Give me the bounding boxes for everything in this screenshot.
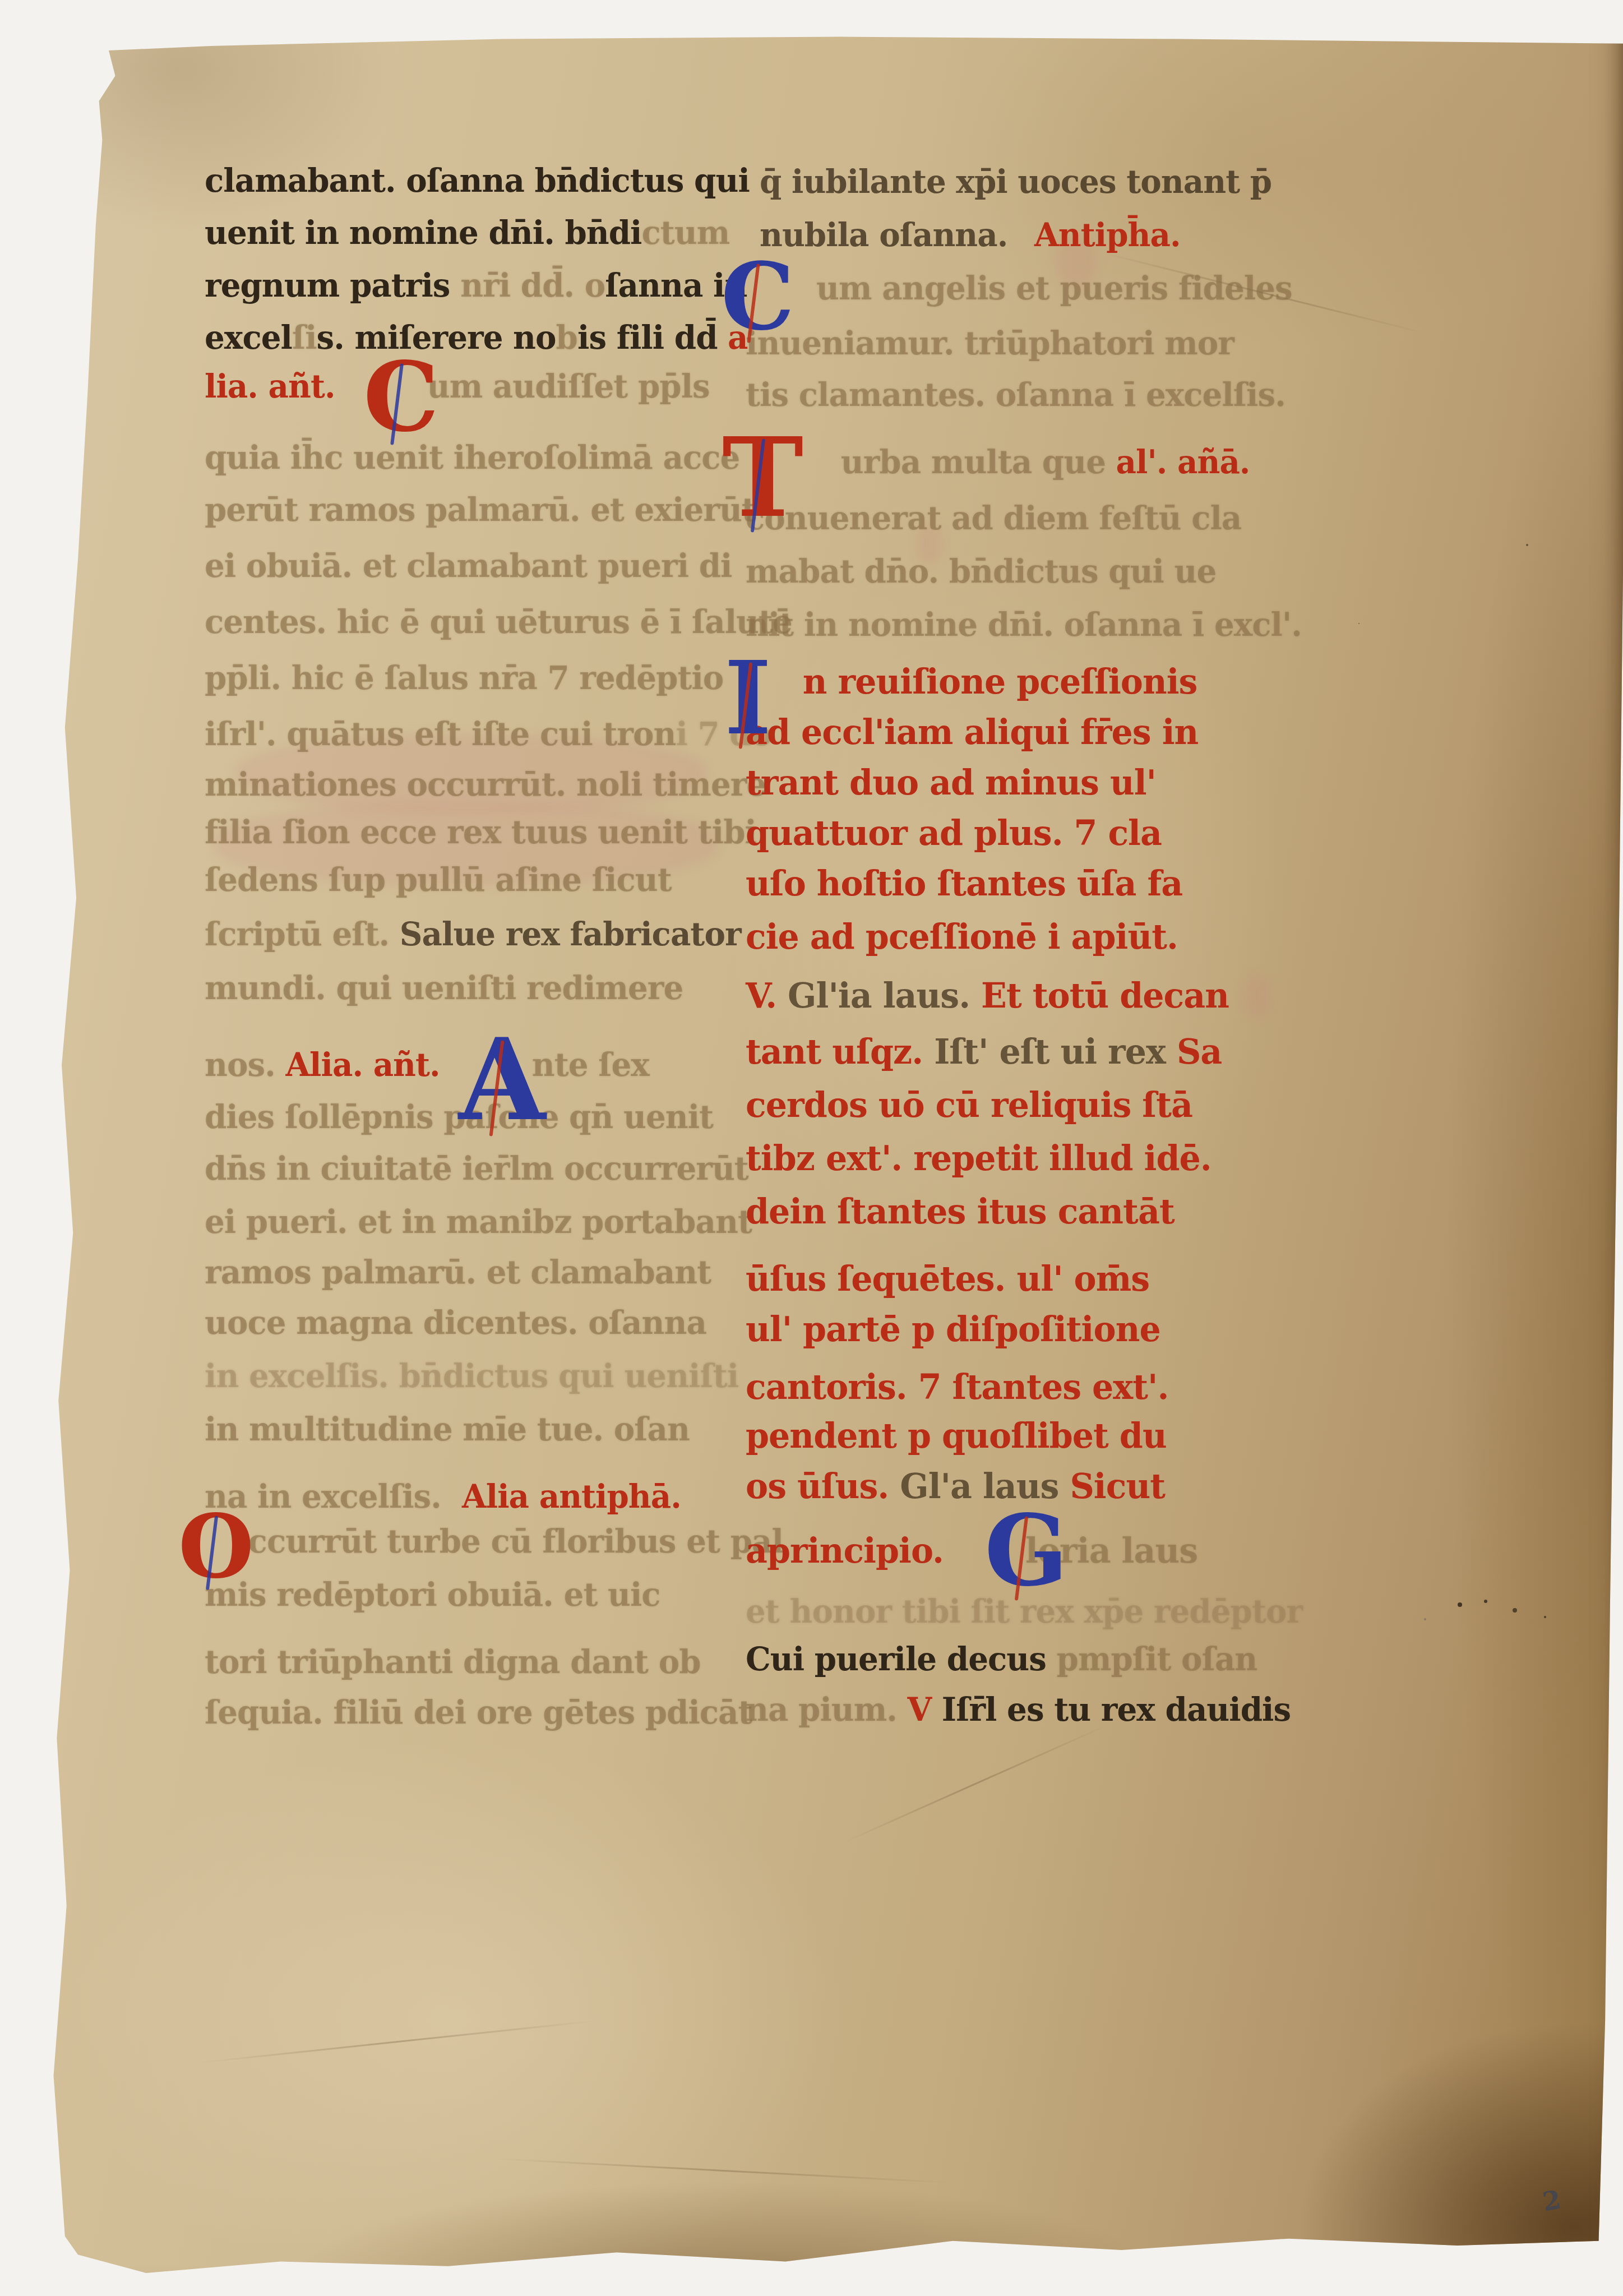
- text-segment: filia ſion ecce rex tuus uenit tibi: [205, 813, 756, 851]
- text-line-right: tis clamantes. oſanna ī excelſis.: [746, 378, 1286, 411]
- text-segment: Alia. añt.: [285, 1046, 450, 1084]
- text-segment: Et totū decan: [981, 975, 1229, 1016]
- text-segment: Antiph̄a.: [1034, 216, 1180, 254]
- text-line-left: in excelſis. bn̄dictus qui ueniſti: [205, 1360, 738, 1392]
- text-line-right: q̄ iubilante xp̄i uoces tonant p̄: [760, 165, 1271, 198]
- text-line-left: mis redēptori obuiā. et uic: [205, 1578, 660, 1611]
- text-segment: Cui puerile decus: [746, 1640, 1057, 1678]
- text-line-left: ei pueri. et in manibz portabant: [205, 1205, 752, 1238]
- text-segment: uenit in nomine dn̄i. bn̄di: [205, 214, 642, 252]
- text-segment: iſrl'. quātus eſt iſte cui tron: [205, 715, 676, 753]
- text-segment: regnum patris: [205, 266, 460, 304]
- text-line-right: Cui puerile decus pmpſit oſan: [746, 1643, 1257, 1675]
- parchment-crease: [493, 2158, 952, 2184]
- text-line-left: ſequia. filiū dei ore gētes pdicāt: [205, 1696, 752, 1729]
- text-segment: in excelſis. bn̄dictus qui ueniſti: [205, 1357, 738, 1395]
- text-segment: tori triūphanti digna dant ob: [205, 1643, 701, 1681]
- text-segment: minationes occurrūt. noli timere: [205, 765, 766, 803]
- text-segment: tant uſqz.: [746, 1031, 934, 1072]
- text-line-right: cantoris. 7 ſtantes ext'.: [746, 1370, 1168, 1405]
- text-line-right: dein ſtantes itus cantāt: [746, 1194, 1175, 1229]
- text-segment: clamabant. oſanna bn̄dictus qui: [205, 161, 750, 200]
- text-segment: q̄ iubilante xp̄i uoces tonant p̄: [760, 163, 1271, 201]
- text-segment: dn̄s in ciuitatē ier̄lm occurrerūt: [205, 1149, 748, 1188]
- text-segment: b: [556, 318, 577, 357]
- text-line-right: urba multa que al'. añā.: [746, 446, 1250, 478]
- text-segment: nos.: [205, 1046, 285, 1084]
- text-line-left: tori triūphanti digna dant ob: [205, 1646, 701, 1678]
- text-line-right: mabat dn̄o. bn̄dictus qui ue: [746, 555, 1216, 588]
- text-line-right: inueniamur. triūphatori mor: [746, 327, 1234, 359]
- initial-I-in-reuisione: I: [724, 657, 771, 740]
- scanner-background: 2 clamabant. oſanna bn̄dictus quiuenit i…: [0, 0, 1623, 2296]
- text-segment: ſi: [292, 318, 317, 357]
- text-segment: lia. añt.: [205, 367, 345, 405]
- ink-specks: [1458, 1602, 1462, 1607]
- text-segment: um angelis et pueris fideles: [816, 269, 1292, 307]
- text-segment: pmpſit oſan: [1057, 1640, 1257, 1678]
- text-segment: urba multa que: [841, 443, 1116, 481]
- text-line-left: uoce magna dicentes. oſanna: [205, 1306, 706, 1339]
- text-line-left: quia ih̄c uenit iheroſolimā acce: [205, 441, 739, 474]
- text-line-right: pendent p quoſlibet du: [746, 1419, 1167, 1453]
- text-line-left: in multitudine mīe tue. oſan: [205, 1413, 690, 1445]
- text-segment: aprincipio.: [746, 1530, 955, 1571]
- text-segment: ūſus ſequētes. ul' om̄s: [746, 1258, 1149, 1299]
- text-segment: in multitudine mīe tue. oſan: [205, 1410, 690, 1448]
- text-line-left: na in excelſis. Alia antiphā.: [205, 1480, 681, 1513]
- text-segment: V: [908, 1690, 942, 1729]
- text-segment: excel: [205, 318, 292, 357]
- text-segment: ſedens ſup pullū aſine ſicut: [205, 861, 672, 899]
- text-line-right: tant uſqz. Iſt' eſt ui rex Sa: [746, 1034, 1222, 1069]
- initial-O-occurrunt: O: [178, 1511, 254, 1582]
- text-segment: pendent p quoſlibet du: [746, 1415, 1167, 1456]
- parchment-crease: [842, 1724, 1109, 1844]
- text-segment: quia ih̄c uenit iheroſolimā acce: [205, 438, 739, 477]
- text-segment: ad eccl'iam aliqui fr̄es in: [746, 712, 1198, 752]
- text-segment: Sicut: [1070, 1466, 1165, 1507]
- initial-C-cum-audisset: C: [363, 359, 439, 437]
- text-line-right: aprincipio. loria laus: [746, 1533, 1197, 1568]
- text-line-left: ccurrūt turbe cū floribus et pal: [205, 1525, 783, 1558]
- parchment-crease: [197, 2020, 599, 2063]
- text-segment: is fili dd̄: [577, 318, 728, 357]
- text-line-right: cie ad pceſſionē i apiūt.: [746, 920, 1178, 954]
- text-line-left: nos. Alia. añt. nte ſex: [205, 1048, 649, 1081]
- text-line-left: perūt ramos palmarū. et exierūt: [205, 493, 756, 526]
- text-segment: ramos palmarū. et clamabant: [205, 1253, 711, 1291]
- text-segment: um audiſſet pp̄ls: [427, 367, 710, 405]
- text-segment: ei obuiā. et clamabant pueri di: [205, 547, 732, 585]
- text-line-right: na pium. V Iſr̄l es tu rex dauidis: [746, 1693, 1291, 1726]
- verso-showthrough: [1245, 976, 1270, 1018]
- text-line-right: ul' partē p diſpoſitione: [746, 1312, 1160, 1347]
- text-segment: conuenerat ad diem feſtū cla: [746, 499, 1241, 537]
- text-segment: ccurrūt turbe cū floribus et pal: [248, 1522, 783, 1560]
- text-line-left: lia. añt. um audiſſet pp̄ls: [205, 370, 710, 403]
- text-segment: nr̄i dd̄. o: [460, 266, 605, 304]
- initial-C-cum-angelis: C: [721, 259, 794, 335]
- text-line-left: mundi. qui ueniſti redimere: [205, 972, 683, 1004]
- text-line-right: nubila oſanna. Antiph̄a.: [760, 219, 1181, 251]
- text-line-right: n reuiſione pceſſionis: [746, 664, 1197, 699]
- text-line-left: dn̄s in ciuitatē ier̄lm occurrerūt: [205, 1152, 748, 1185]
- text-segment: uoce magna dicentes. oſanna: [205, 1304, 706, 1342]
- text-segment: Iſt' eſt ui rex: [934, 1031, 1177, 1072]
- text-segment: Sa: [1177, 1031, 1222, 1072]
- text-line-left: uenit in nomine dn̄i. bn̄dictum: [205, 216, 729, 249]
- text-segment: mabat dn̄o. bn̄dictus qui ue: [746, 552, 1216, 590]
- initial-T-turba: T: [722, 433, 803, 523]
- text-segment: cantoris. 7 ſtantes ext'.: [746, 1366, 1168, 1407]
- text-segment: quattuor ad plus. 7 cla: [746, 812, 1162, 853]
- text-segment: os ūſus.: [746, 1466, 900, 1507]
- initial-A-ante-sex: A: [459, 1034, 545, 1126]
- text-segment: ei pueri. et in manibz portabant: [205, 1203, 752, 1241]
- text-segment: Salue rex fabricator: [400, 915, 741, 953]
- text-segment: nte ſex: [532, 1046, 649, 1084]
- text-line-left: filia ſion ecce rex tuus uenit tibi: [205, 816, 756, 848]
- text-segment: n reuiſione pceſſionis: [803, 661, 1197, 702]
- text-line-right: quattuor ad plus. 7 cla: [746, 816, 1162, 851]
- text-segment: Gl'ia laus.: [788, 975, 981, 1016]
- text-segment: ſcriptū eſt.: [205, 915, 400, 953]
- text-line-right: ūſus ſequētes. ul' om̄s: [746, 1262, 1149, 1296]
- text-line-right: os ūſus. Gl'a laus Sicut: [746, 1469, 1165, 1504]
- text-line-left: ſedens ſup pullū aſine ſicut: [205, 863, 672, 896]
- text-line-right: cerdos uō cū reliquis ſtā: [746, 1088, 1192, 1122]
- text-segment: pp̄li. hic ē ſalus nr̄a 7 redēptio: [205, 659, 723, 697]
- text-line-left: clamabant. oſanna bn̄dictus qui: [205, 164, 750, 197]
- text-segment: tibz ext'. repetit illud idē.: [746, 1138, 1212, 1179]
- text-segment: ul' partē p diſpoſitione: [746, 1309, 1160, 1350]
- text-segment: na pium.: [746, 1690, 908, 1729]
- text-segment: mundi. qui ueniſti redimere: [205, 969, 683, 1007]
- parchment-leaf: 2 clamabant. oſanna bn̄dictus quiuenit i…: [0, 0, 1623, 2296]
- text-line-right: trant duo ad minus ul': [746, 765, 1156, 800]
- text-line-right: um angelis et pueris fideles: [746, 272, 1292, 304]
- text-segment: al'. añā.: [1116, 443, 1250, 481]
- text-segment: inueniamur. triūphatori mor: [746, 324, 1234, 362]
- folio-number: 2: [1541, 2184, 1564, 2218]
- text-line-right: nit in nomine dn̄i. oſanna ī excl'.: [746, 608, 1302, 641]
- text-line-right: tibz ext'. repetit illud idē.: [746, 1141, 1212, 1176]
- text-line-right: conuenerat ad diem feſtū cla: [746, 502, 1241, 534]
- text-line-left: ſcriptū eſt. Salue rex fabricator: [205, 918, 741, 950]
- text-segment: uſo hoſtio ſtantes ūſa fa: [746, 863, 1182, 904]
- text-segment: tis clamantes. oſanna ī excelſis.: [746, 376, 1286, 414]
- text-segment: perūt ramos palmarū. et exierūt: [205, 491, 756, 529]
- text-segment: V.: [746, 975, 788, 1016]
- text-segment: ſequia. filiū dei ore gētes pdicāt: [205, 1693, 752, 1731]
- text-segment: nit in nomine dn̄i. oſanna ī excl'.: [746, 606, 1302, 644]
- text-segment: Iſr̄l es tu rex dauidis: [942, 1690, 1291, 1729]
- text-line-left: pp̄li. hic ē ſalus nr̄a 7 redēptio: [205, 662, 723, 694]
- text-line-right: V. Gl'ia laus. Et totū decan: [746, 978, 1229, 1013]
- text-line-right: ad eccl'iam aliqui fr̄es in: [746, 715, 1198, 750]
- text-line-right: uſo hoſtio ſtantes ūſa fa: [746, 866, 1182, 901]
- text-line-left: iſrl'. quātus eſt iſte cui troni 7 do: [205, 718, 771, 750]
- text-segment: cerdos uō cū reliquis ſtā: [746, 1084, 1192, 1125]
- text-line-left: ramos palmarū. et clamabant: [205, 1256, 711, 1288]
- text-segment: nubila oſanna.: [760, 216, 1018, 254]
- text-segment: mis redēptori obuiā. et uic: [205, 1576, 660, 1614]
- text-segment: Alia antiphā.: [462, 1477, 681, 1516]
- text-line-left: regnum patris nr̄i dd̄. oſanna in: [205, 269, 747, 302]
- initial-G-gloria-laus: G: [984, 1511, 1068, 1592]
- text-line-left: ei obuiā. et clamabant pueri di: [205, 549, 732, 582]
- text-segment: dein ſtantes itus cantāt: [746, 1191, 1175, 1232]
- text-line-left: centes. hic ē qui uēturus ē ī ſalutē: [205, 606, 792, 638]
- text-line-left: excelſis. miſerere nobis fili dd̄ a: [205, 321, 748, 354]
- text-line-left: minationes occurrūt. noli timere: [205, 768, 766, 801]
- text-segment: centes. hic ē qui uēturus ē ī ſalutē: [205, 603, 792, 641]
- text-segment: trant duo ad minus ul': [746, 762, 1156, 803]
- text-segment: ctum: [642, 214, 730, 252]
- text-segment: cie ad pceſſionē i apiūt.: [746, 916, 1178, 957]
